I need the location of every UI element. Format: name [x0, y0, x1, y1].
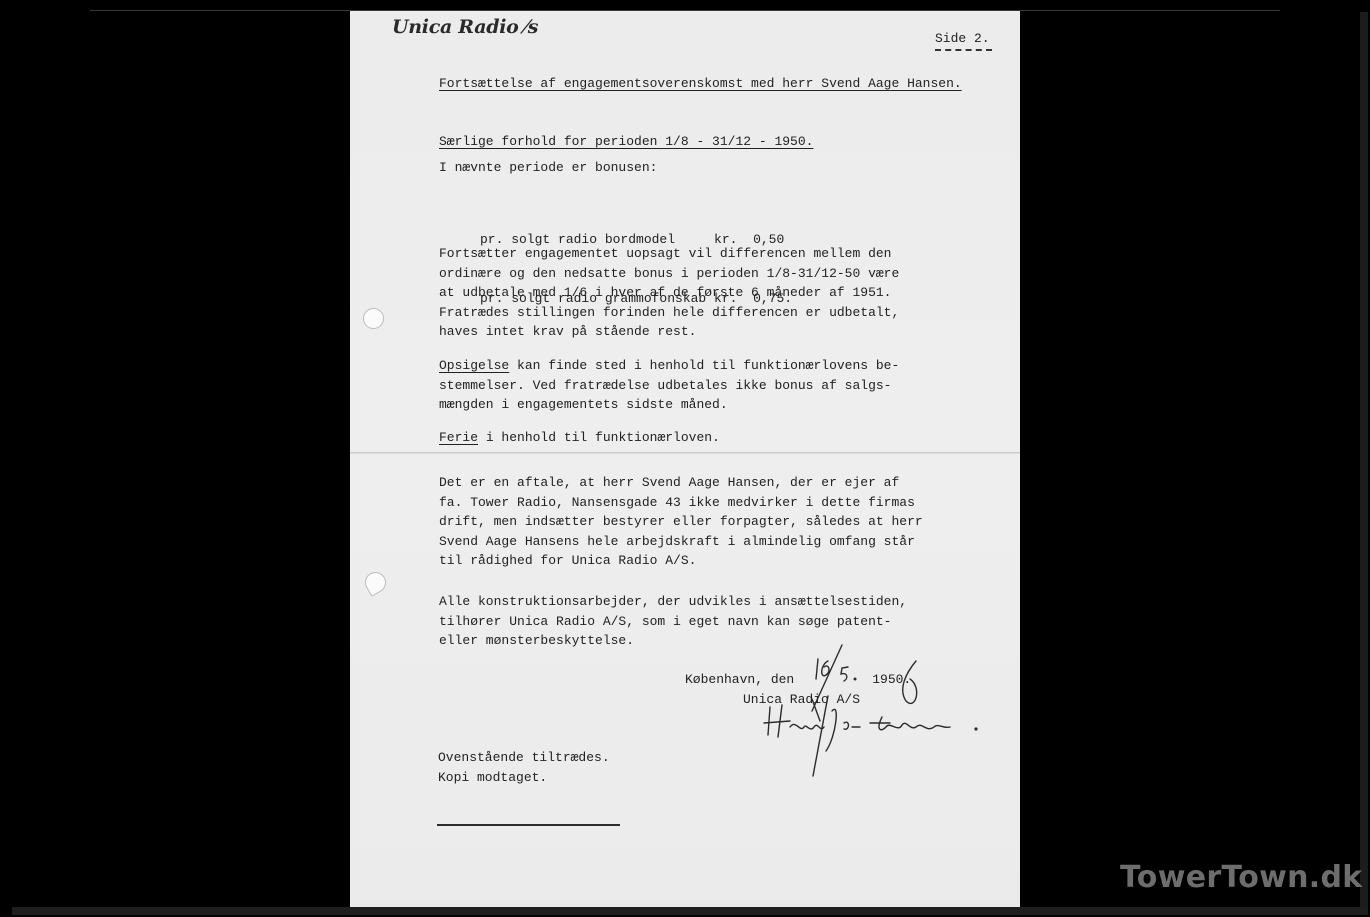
- letter-page: Unica Radio ⁄s Side 2. Fortsættelse af e…: [350, 11, 1020, 907]
- acceptance-text: Ovenstående tiltrædes. Kopi modtaget.: [438, 748, 610, 787]
- site-watermark: TowerTown.dk: [1120, 860, 1363, 895]
- frame-right-border: [1360, 12, 1368, 912]
- frame-bottom-border: [12, 907, 1368, 915]
- signature-line: [437, 824, 620, 826]
